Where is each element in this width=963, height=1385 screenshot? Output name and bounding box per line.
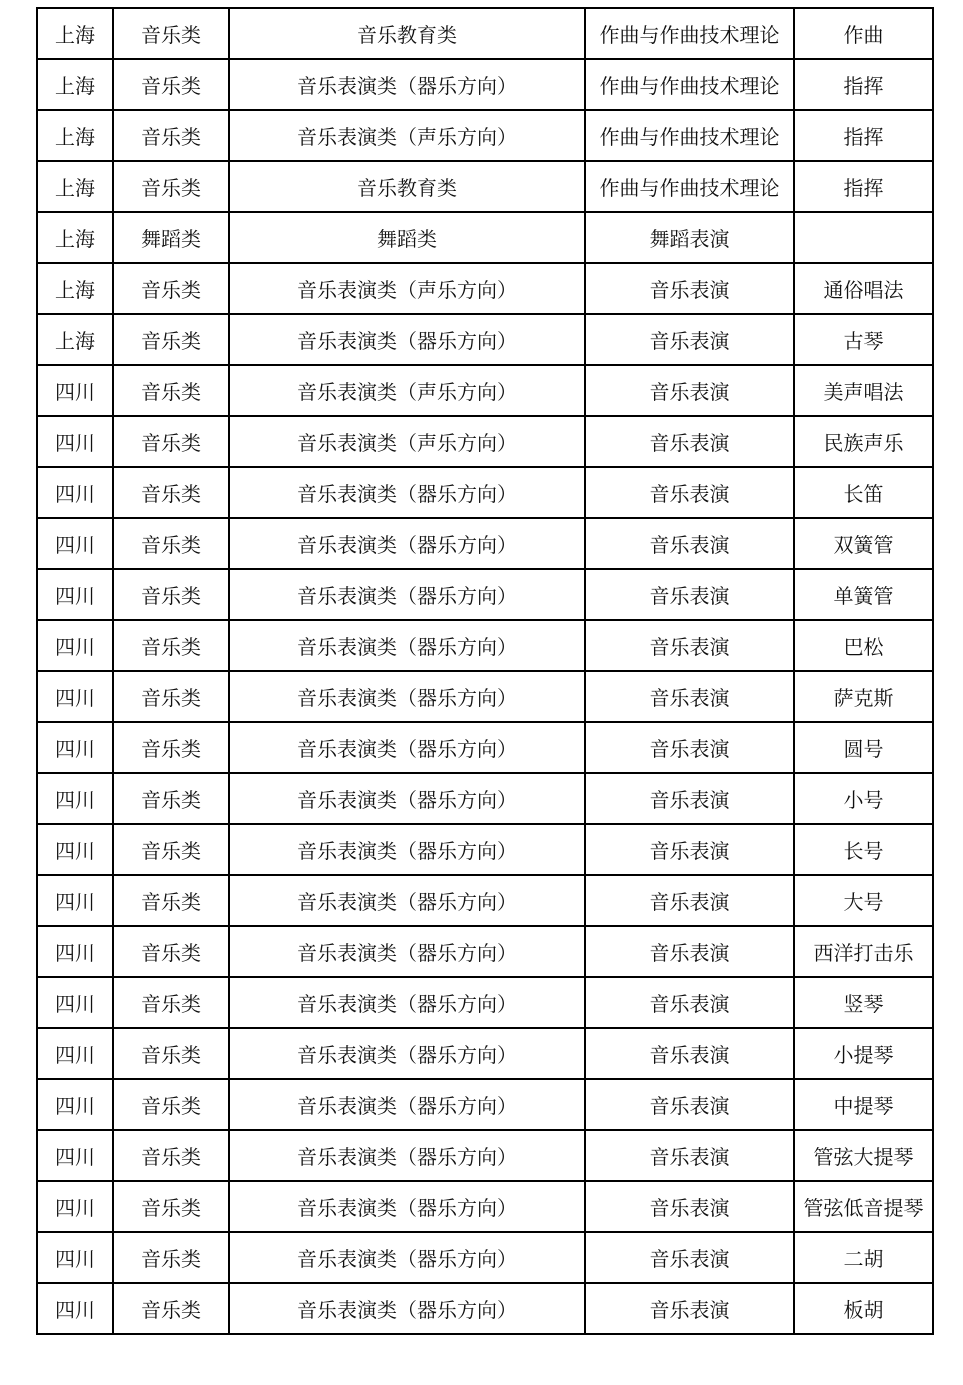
direction-cell: 小号 [794, 773, 933, 824]
exam-type-cell: 音乐表演类（器乐方向） [229, 467, 585, 518]
table-row: 四川音乐类音乐表演类（器乐方向）音乐表演中提琴 [37, 1079, 933, 1130]
category-cell: 音乐类 [113, 518, 229, 569]
table-row: 四川音乐类音乐表演类（器乐方向）音乐表演西洋打击乐 [37, 926, 933, 977]
major-cell: 音乐表演 [585, 1028, 794, 1079]
category-cell: 音乐类 [113, 1181, 229, 1232]
major-cell: 音乐表演 [585, 875, 794, 926]
table-row: 上海舞蹈类舞蹈类舞蹈表演 [37, 212, 933, 263]
category-cell: 音乐类 [113, 722, 229, 773]
major-cell: 音乐表演 [585, 467, 794, 518]
major-cell: 音乐表演 [585, 1232, 794, 1283]
category-cell: 音乐类 [113, 926, 229, 977]
direction-cell: 美声唱法 [794, 365, 933, 416]
major-cell: 音乐表演 [585, 977, 794, 1028]
province-cell: 四川 [37, 365, 113, 416]
province-cell: 四川 [37, 977, 113, 1028]
major-cell: 音乐表演 [585, 1079, 794, 1130]
direction-cell: 小提琴 [794, 1028, 933, 1079]
category-cell: 音乐类 [113, 1130, 229, 1181]
direction-cell: 指挥 [794, 161, 933, 212]
exam-type-cell: 音乐表演类（声乐方向） [229, 365, 585, 416]
major-cell: 音乐表演 [585, 773, 794, 824]
province-cell: 四川 [37, 620, 113, 671]
table-row: 四川音乐类音乐表演类（器乐方向）音乐表演管弦大提琴 [37, 1130, 933, 1181]
province-cell: 上海 [37, 212, 113, 263]
exam-type-cell: 音乐表演类（器乐方向） [229, 620, 585, 671]
exam-type-cell: 音乐表演类（器乐方向） [229, 569, 585, 620]
direction-cell: 板胡 [794, 1283, 933, 1334]
direction-cell [794, 212, 933, 263]
major-cell: 作曲与作曲技术理论 [585, 8, 794, 59]
table-row: 四川音乐类音乐表演类（器乐方向）音乐表演单簧管 [37, 569, 933, 620]
direction-cell: 通俗唱法 [794, 263, 933, 314]
direction-cell: 指挥 [794, 110, 933, 161]
admissions-table: 上海音乐类音乐教育类作曲与作曲技术理论作曲上海音乐类音乐表演类（器乐方向）作曲与… [36, 7, 934, 1335]
province-cell: 四川 [37, 1283, 113, 1334]
major-cell: 作曲与作曲技术理论 [585, 59, 794, 110]
category-cell: 音乐类 [113, 314, 229, 365]
major-cell: 音乐表演 [585, 314, 794, 365]
table-row: 四川音乐类音乐表演类（声乐方向）音乐表演美声唱法 [37, 365, 933, 416]
major-cell: 音乐表演 [585, 518, 794, 569]
direction-cell: 单簧管 [794, 569, 933, 620]
category-cell: 音乐类 [113, 8, 229, 59]
province-cell: 四川 [37, 671, 113, 722]
exam-type-cell: 音乐表演类（器乐方向） [229, 824, 585, 875]
table-row: 四川音乐类音乐表演类（器乐方向）音乐表演长笛 [37, 467, 933, 518]
province-cell: 四川 [37, 1232, 113, 1283]
table-row: 四川音乐类音乐表演类（器乐方向）音乐表演圆号 [37, 722, 933, 773]
category-cell: 舞蹈类 [113, 212, 229, 263]
province-cell: 上海 [37, 263, 113, 314]
direction-cell: 作曲 [794, 8, 933, 59]
table-row: 四川音乐类音乐表演类（器乐方向）音乐表演竖琴 [37, 977, 933, 1028]
table-row: 四川音乐类音乐表演类（器乐方向）音乐表演大号 [37, 875, 933, 926]
direction-cell: 民族声乐 [794, 416, 933, 467]
category-cell: 音乐类 [113, 671, 229, 722]
table-row: 四川音乐类音乐表演类（器乐方向）音乐表演板胡 [37, 1283, 933, 1334]
province-cell: 四川 [37, 1079, 113, 1130]
exam-type-cell: 音乐表演类（器乐方向） [229, 314, 585, 365]
direction-cell: 巴松 [794, 620, 933, 671]
category-cell: 音乐类 [113, 110, 229, 161]
category-cell: 音乐类 [113, 161, 229, 212]
direction-cell: 圆号 [794, 722, 933, 773]
direction-cell: 二胡 [794, 1232, 933, 1283]
major-cell: 音乐表演 [585, 926, 794, 977]
table-row: 上海音乐类音乐表演类（器乐方向）音乐表演古琴 [37, 314, 933, 365]
major-cell: 音乐表演 [585, 722, 794, 773]
province-cell: 四川 [37, 722, 113, 773]
exam-type-cell: 音乐表演类（器乐方向） [229, 518, 585, 569]
table-row: 四川音乐类音乐表演类（声乐方向）音乐表演民族声乐 [37, 416, 933, 467]
province-cell: 上海 [37, 314, 113, 365]
direction-cell: 长笛 [794, 467, 933, 518]
major-cell: 音乐表演 [585, 824, 794, 875]
exam-type-cell: 音乐表演类（器乐方向） [229, 875, 585, 926]
category-cell: 音乐类 [113, 620, 229, 671]
category-cell: 音乐类 [113, 824, 229, 875]
category-cell: 音乐类 [113, 59, 229, 110]
category-cell: 音乐类 [113, 1079, 229, 1130]
direction-cell: 萨克斯 [794, 671, 933, 722]
exam-type-cell: 音乐表演类（器乐方向） [229, 773, 585, 824]
table-body: 上海音乐类音乐教育类作曲与作曲技术理论作曲上海音乐类音乐表演类（器乐方向）作曲与… [37, 8, 933, 1334]
major-cell: 音乐表演 [585, 620, 794, 671]
category-cell: 音乐类 [113, 416, 229, 467]
province-cell: 四川 [37, 518, 113, 569]
major-cell: 音乐表演 [585, 1283, 794, 1334]
exam-type-cell: 音乐表演类（器乐方向） [229, 1232, 585, 1283]
table-row: 上海音乐类音乐表演类（声乐方向）作曲与作曲技术理论指挥 [37, 110, 933, 161]
province-cell: 上海 [37, 8, 113, 59]
province-cell: 四川 [37, 569, 113, 620]
province-cell: 四川 [37, 1130, 113, 1181]
category-cell: 音乐类 [113, 875, 229, 926]
major-cell: 音乐表演 [585, 365, 794, 416]
exam-type-cell: 音乐表演类（器乐方向） [229, 1130, 585, 1181]
direction-cell: 长号 [794, 824, 933, 875]
category-cell: 音乐类 [113, 569, 229, 620]
table-row: 四川音乐类音乐表演类（器乐方向）音乐表演小号 [37, 773, 933, 824]
major-cell: 音乐表演 [585, 1181, 794, 1232]
table-row: 四川音乐类音乐表演类（器乐方向）音乐表演小提琴 [37, 1028, 933, 1079]
exam-type-cell: 音乐教育类 [229, 161, 585, 212]
direction-cell: 大号 [794, 875, 933, 926]
exam-type-cell: 音乐表演类（器乐方向） [229, 1283, 585, 1334]
province-cell: 四川 [37, 1181, 113, 1232]
direction-cell: 西洋打击乐 [794, 926, 933, 977]
category-cell: 音乐类 [113, 365, 229, 416]
exam-type-cell: 音乐表演类（器乐方向） [229, 1028, 585, 1079]
category-cell: 音乐类 [113, 977, 229, 1028]
category-cell: 音乐类 [113, 1028, 229, 1079]
table-row: 四川音乐类音乐表演类（器乐方向）音乐表演萨克斯 [37, 671, 933, 722]
major-cell: 音乐表演 [585, 416, 794, 467]
exam-type-cell: 音乐表演类（器乐方向） [229, 59, 585, 110]
province-cell: 四川 [37, 875, 113, 926]
direction-cell: 管弦大提琴 [794, 1130, 933, 1181]
exam-type-cell: 舞蹈类 [229, 212, 585, 263]
table-row: 四川音乐类音乐表演类（器乐方向）音乐表演二胡 [37, 1232, 933, 1283]
province-cell: 四川 [37, 773, 113, 824]
direction-cell: 竖琴 [794, 977, 933, 1028]
table-row: 上海音乐类音乐表演类（声乐方向）音乐表演通俗唱法 [37, 263, 933, 314]
category-cell: 音乐类 [113, 773, 229, 824]
exam-type-cell: 音乐表演类（器乐方向） [229, 1079, 585, 1130]
exam-type-cell: 音乐表演类（声乐方向） [229, 110, 585, 161]
major-cell: 音乐表演 [585, 569, 794, 620]
category-cell: 音乐类 [113, 1283, 229, 1334]
table-row: 上海音乐类音乐教育类作曲与作曲技术理论作曲 [37, 8, 933, 59]
direction-cell: 双簧管 [794, 518, 933, 569]
province-cell: 四川 [37, 926, 113, 977]
exam-type-cell: 音乐表演类（器乐方向） [229, 671, 585, 722]
major-cell: 舞蹈表演 [585, 212, 794, 263]
exam-type-cell: 音乐表演类（声乐方向） [229, 416, 585, 467]
province-cell: 四川 [37, 416, 113, 467]
major-cell: 音乐表演 [585, 263, 794, 314]
direction-cell: 指挥 [794, 59, 933, 110]
direction-cell: 中提琴 [794, 1079, 933, 1130]
exam-type-cell: 音乐教育类 [229, 8, 585, 59]
table-row: 四川音乐类音乐表演类（器乐方向）音乐表演管弦低音提琴 [37, 1181, 933, 1232]
province-cell: 上海 [37, 110, 113, 161]
major-cell: 作曲与作曲技术理论 [585, 110, 794, 161]
province-cell: 四川 [37, 824, 113, 875]
exam-type-cell: 音乐表演类（声乐方向） [229, 263, 585, 314]
province-cell: 上海 [37, 59, 113, 110]
province-cell: 四川 [37, 1028, 113, 1079]
exam-type-cell: 音乐表演类（器乐方向） [229, 926, 585, 977]
category-cell: 音乐类 [113, 263, 229, 314]
exam-type-cell: 音乐表演类（器乐方向） [229, 977, 585, 1028]
major-cell: 音乐表演 [585, 671, 794, 722]
direction-cell: 古琴 [794, 314, 933, 365]
exam-type-cell: 音乐表演类（器乐方向） [229, 1181, 585, 1232]
table-row: 上海音乐类音乐教育类作曲与作曲技术理论指挥 [37, 161, 933, 212]
exam-type-cell: 音乐表演类（器乐方向） [229, 722, 585, 773]
category-cell: 音乐类 [113, 467, 229, 518]
table-row: 四川音乐类音乐表演类（器乐方向）音乐表演双簧管 [37, 518, 933, 569]
table-row: 四川音乐类音乐表演类（器乐方向）音乐表演长号 [37, 824, 933, 875]
table-row: 上海音乐类音乐表演类（器乐方向）作曲与作曲技术理论指挥 [37, 59, 933, 110]
province-cell: 上海 [37, 161, 113, 212]
major-cell: 音乐表演 [585, 1130, 794, 1181]
direction-cell: 管弦低音提琴 [794, 1181, 933, 1232]
category-cell: 音乐类 [113, 1232, 229, 1283]
table-row: 四川音乐类音乐表演类（器乐方向）音乐表演巴松 [37, 620, 933, 671]
major-cell: 作曲与作曲技术理论 [585, 161, 794, 212]
province-cell: 四川 [37, 467, 113, 518]
